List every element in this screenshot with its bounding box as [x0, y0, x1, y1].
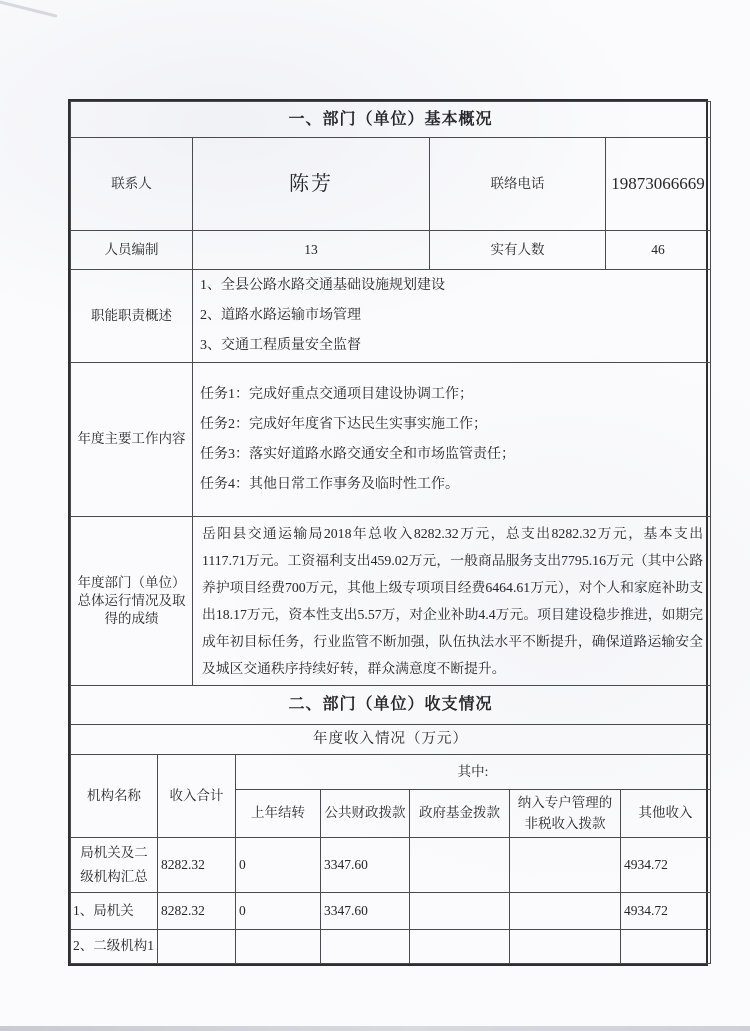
col-public-finance-header: 公共财政拨款: [321, 790, 410, 838]
task-item: 任务3：落实好道路水路交通安全和市场监管责任；: [200, 440, 707, 470]
row-public-finance: 3347.60: [321, 893, 410, 930]
row-total: 8282.32: [158, 893, 236, 930]
duties-label: 职能职责概述: [71, 270, 193, 363]
row-gov-fund: [410, 893, 510, 930]
row-carryover: [236, 930, 321, 964]
row-gov-fund: [410, 930, 510, 964]
overall-paragraph: 岳阳县交通运输局2018年总收入8282.32万元，总支出8282.32万元，基…: [200, 518, 707, 684]
staff-label: 人员编制: [71, 231, 193, 270]
row-other: 4934.72: [621, 838, 711, 893]
tasks-content: 任务1：完成好重点交通项目建设协调工作； 任务2：完成好年度省下达民生实事实施工…: [193, 363, 711, 517]
row-carryover: 0: [236, 838, 321, 893]
basic-info-table: 一、部门（单位）基本概况 联系人 陈芳 联络电话 19873066669 人员编…: [70, 101, 711, 725]
section2-title: 二、部门（单位）收支情况: [71, 686, 711, 725]
duty-item: 2、道路水路运输市场管理: [200, 301, 707, 331]
income-subtitle: 年度收入情况（万元）: [71, 725, 711, 755]
scanned-page: 一、部门（单位）基本概况 联系人 陈芳 联络电话 19873066669 人员编…: [0, 0, 750, 1031]
task-item: 任务4：其他日常工作事务及临时性工作。: [200, 470, 707, 500]
row-carryover: 0: [236, 893, 321, 930]
row-special-account: [510, 893, 621, 930]
section1-title: 一、部门（单位）基本概况: [71, 102, 711, 138]
row-other: 4934.72: [621, 893, 711, 930]
report-table: 一、部门（单位）基本概况 联系人 陈芳 联络电话 19873066669 人员编…: [68, 99, 708, 966]
among-header: 其中:: [236, 755, 711, 790]
table-row: 局机关及二级机构汇总 8282.32 0 3347.60 4934.72: [71, 838, 711, 893]
col-carryover-header: 上年结转: [236, 790, 321, 838]
staff-value: 13: [193, 231, 430, 270]
row-total: 8282.32: [158, 838, 236, 893]
row-name: 1、局机关: [71, 893, 158, 930]
row-other: [621, 930, 711, 964]
row-name: 2、二级机构1: [71, 930, 158, 964]
row-special-account: [510, 838, 621, 893]
row-special-account: [510, 930, 621, 964]
duties-content: 1、全县公路水路交通基础设施规划建设 2、道路水路运输市场管理 3、交通工程质量…: [193, 270, 711, 363]
scan-bottom-edge: [0, 1026, 750, 1031]
table-row: 2、二级机构1: [71, 930, 711, 964]
phone-label: 联络电话: [430, 138, 606, 231]
income-table: 年度收入情况（万元） 机构名称 收入合计 其中: 上年结转 公共财政拨款 政府基…: [70, 724, 711, 964]
row-public-finance: 3347.60: [321, 838, 410, 893]
row-gov-fund: [410, 838, 510, 893]
task-item: 任务2：完成好年度省下达民生实事实施工作；: [200, 410, 707, 440]
table-row: 1、局机关 8282.32 0 3347.60 4934.72: [71, 893, 711, 930]
contact-value: 陈芳: [193, 138, 430, 231]
col-gov-fund-header: 政府基金拨款: [410, 790, 510, 838]
duty-item: 1、全县公路水路交通基础设施规划建设: [200, 271, 707, 301]
task-item: 任务1：完成好重点交通项目建设协调工作；: [200, 380, 707, 410]
row-name: 局机关及二级机构汇总: [71, 838, 158, 893]
headcount-value: 46: [606, 231, 711, 270]
col-special-account-header: 纳入专户管理的非税收入拨款: [510, 790, 621, 838]
tasks-label: 年度主要工作内容: [71, 363, 193, 517]
row-total: [158, 930, 236, 964]
row-public-finance: [321, 930, 410, 964]
col-total-header: 收入合计: [158, 755, 236, 838]
phone-value: 19873066669: [606, 138, 711, 231]
col-org-header: 机构名称: [71, 755, 158, 838]
duty-item: 3、交通工程质量安全监督: [200, 331, 707, 361]
overall-label: 年度部门（单位）总体运行情况及取得的成绩: [71, 517, 193, 686]
overall-content: 岳阳县交通运输局2018年总收入8282.32万元，总支出8282.32万元，基…: [193, 517, 711, 686]
contact-label: 联系人: [71, 138, 193, 231]
scan-smudge: [0, 0, 57, 18]
headcount-label: 实有人数: [430, 231, 606, 270]
col-other-header: 其他收入: [621, 790, 711, 838]
